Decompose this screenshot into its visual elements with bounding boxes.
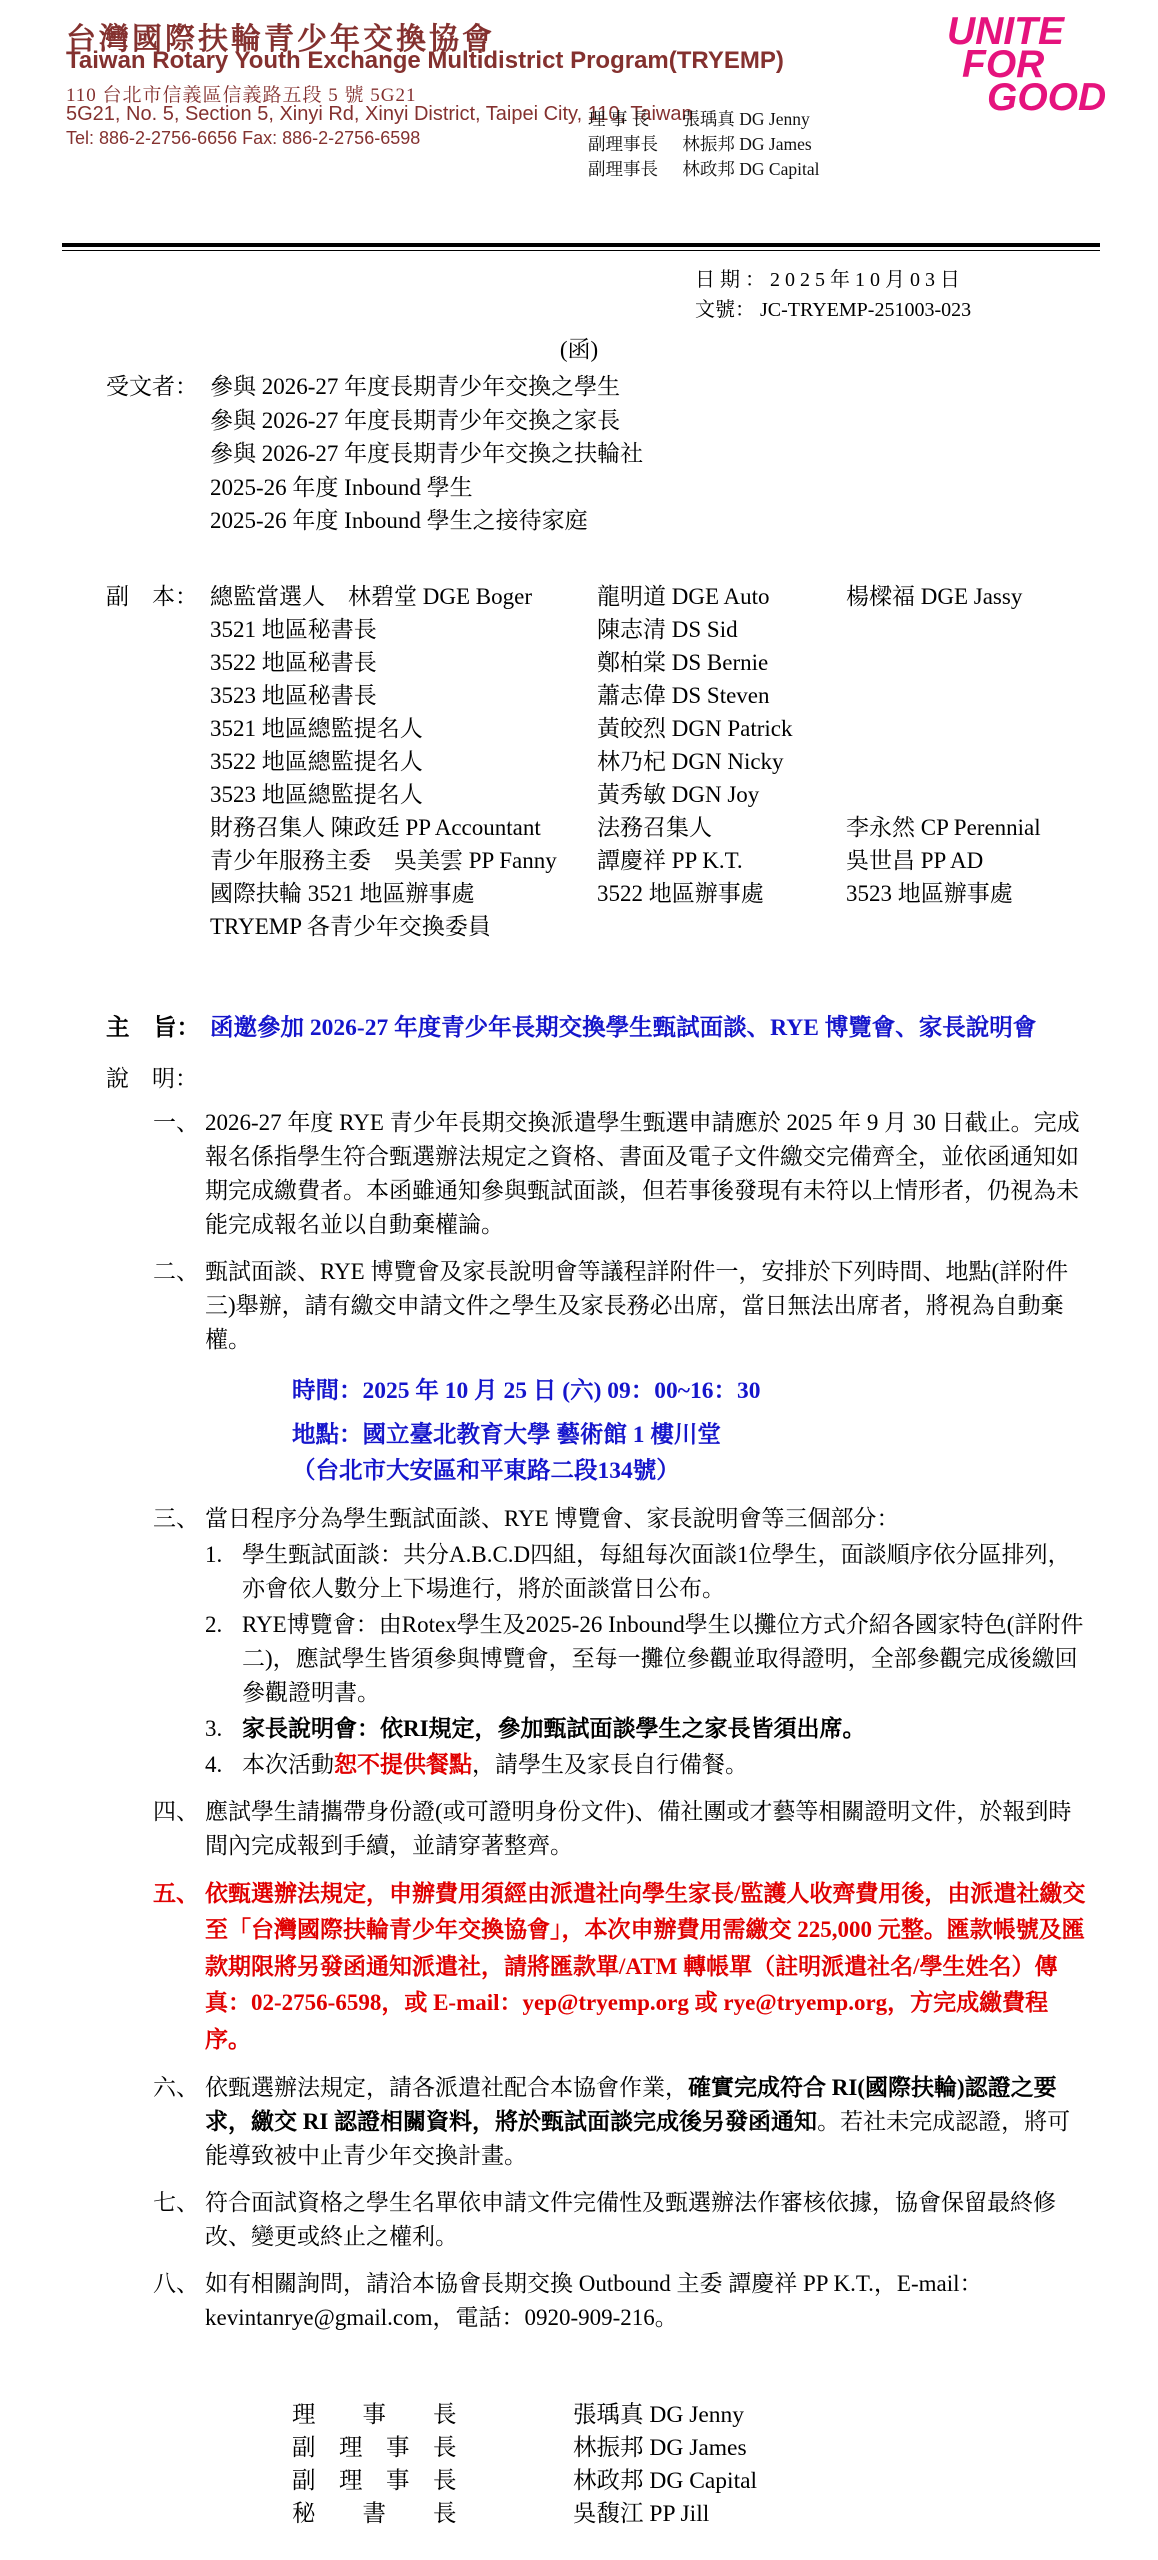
- cc-label: 副 本：: [106, 580, 210, 943]
- explanation-item-8: 八、 如有相關詢問，請洽本協會長期交換 Outbound 主委 譚慶祥 PP K…: [153, 2267, 1158, 2335]
- cc-cell: 鄭柏棠 DS Bernie: [597, 646, 846, 679]
- sub-item-3: 3. 家長說明會：依RI規定，參加甄試面談學生之家長皆須出席。: [205, 1712, 1093, 1746]
- recipient-line: 參與 2026-27 年度長期青少年交換之扶輪社: [210, 437, 643, 471]
- sub-item-text: RYE博覽會：由Rotex學生及2025-26 Inbound學生以攤位方式介紹…: [242, 1608, 1087, 1710]
- cc-row: 總監當選人 林碧堂 DGE Boger 龍明道 DGE Auto 楊樑福 DGE…: [210, 580, 1041, 613]
- sub-item-number: 2.: [205, 1608, 242, 1710]
- cc-list: 總監當選人 林碧堂 DGE Boger 龍明道 DGE Auto 楊樑福 DGE…: [210, 580, 1041, 943]
- letter-date: 日 期 ： 2 0 2 5 年 1 0 月 0 3 日: [695, 265, 1158, 295]
- item-number: 三、: [153, 1502, 205, 1782]
- officer-row: 副理事長 林振邦 DG James: [588, 132, 819, 157]
- sub-item-1: 1. 學生甄試面談：共分A.B.C.D四組，每組每次面談1位學生，面談順序依分區…: [205, 1538, 1093, 1606]
- explanation-item-2: 二、 甄試面談、RYE 博覽會及家長說明會等議程詳附件一，安排於下列時間、地點(…: [153, 1255, 1158, 1357]
- cc-cell: 3521 地區總監提名人: [210, 712, 597, 745]
- cc-row: 3523 地區秘書長 蕭志偉 DS Steven: [210, 679, 1041, 712]
- cc-cell: 陳志清 DS Sid: [597, 613, 846, 646]
- explanation-item-5: 五、 依甄選辦法規定，申辦費用須經由派遣社向學生家長/監護人收齊費用後，由派遣社…: [153, 1876, 1158, 2059]
- cc-cell: [846, 745, 1041, 778]
- recipient-line: 2025-26 年度 Inbound 學生: [210, 471, 643, 505]
- cc-row: TRYEMP 各青少年交換委員: [210, 910, 1041, 943]
- officer-row: 副理事長 林政邦 DG Capital: [588, 157, 819, 182]
- cc-row: 3523 地區總監提名人 黃秀敏 DGN Joy: [210, 778, 1041, 811]
- cc-row: 3521 地區總監提名人 黃皎烈 DGN Patrick: [210, 712, 1041, 745]
- item-number: 六、: [153, 2071, 205, 2173]
- doc-number-value: JC-TRYEMP-251003-023: [760, 299, 971, 321]
- explanation-item-3: 三、 當日程序分為學生甄試面談、RYE 博覽會、家長說明會等三個部分： 1. 學…: [153, 1502, 1158, 1782]
- cc-cell: 李永然 CP Perennial: [846, 811, 1041, 844]
- sub-item-text: 學生甄試面談：共分A.B.C.D四組，每組每次面談1位學生，面談順序依分區排列，…: [242, 1538, 1087, 1606]
- sub-item-2: 2. RYE博覽會：由Rotex學生及2025-26 Inbound學生以攤位方…: [205, 1608, 1093, 1710]
- signature-name: 林振邦 DG James: [573, 2432, 747, 2465]
- officer-name: 林政邦 DG Capital: [682, 157, 819, 182]
- cc-cell: [846, 778, 1041, 811]
- event-place: 地點：國立臺北教育大學 藝術館 1 樓川堂: [292, 1417, 1158, 1453]
- signature-title: 副 理 事 長: [292, 2465, 470, 2498]
- signature-name: 吳馥江 PP Jill: [573, 2498, 709, 2531]
- org-title-en: Taiwan Rotary Youth Exchange Multidistri…: [66, 47, 784, 75]
- sub-item-number: 1.: [205, 1538, 242, 1606]
- cc-row: 3522 地區總監提名人 林乃杞 DGN Nicky: [210, 745, 1041, 778]
- explanation-item-4: 四、 應試學生請攜帶身份證(或可證明身份文件)、備社團或才藝等相關證明文件，於報…: [153, 1795, 1158, 1863]
- explanation-item-1: 一、 2026-27 年度 RYE 青少年長期交換派遣學生甄選申請應於 2025…: [153, 1106, 1158, 1242]
- cc-cell: 3521 地區秘書長: [210, 613, 597, 646]
- event-time: 時間：2025 年 10 月 25 日 (六) 09：00~16：30: [292, 1373, 1158, 1409]
- cc-cell: 3523 地區秘書長: [210, 679, 597, 712]
- cc-cell: 楊樑福 DGE Jassy: [846, 580, 1041, 613]
- item-number: 一、: [153, 1106, 205, 1242]
- cc-cell: 3523 地區總監提名人: [210, 778, 597, 811]
- header-officers: 理 事 長 張瑀真 DG Jenny 副理事長 林振邦 DG James 副理事…: [588, 107, 819, 182]
- cc-cell: TRYEMP 各青少年交換委員: [210, 910, 597, 943]
- subject-label: 主 旨：: [106, 1009, 210, 1048]
- officer-name: 張瑀真 DG Jenny: [682, 107, 809, 132]
- item-text: 2026-27 年度 RYE 青少年長期交換派遣學生甄選申請應於 2025 年 …: [205, 1106, 1093, 1242]
- cc-cell: [846, 679, 1041, 712]
- item-text: 依甄選辦法規定，申辦費用須經由派遣社向學生家長/監護人收齊費用後，由派遣社繳交至…: [205, 1876, 1093, 2059]
- letterhead-divider: [62, 243, 1100, 251]
- cc-cell: 3523 地區辦事處: [846, 877, 1041, 910]
- cc-cell: 財務召集人 陳政廷 PP Accountant: [210, 811, 597, 844]
- cc-cell: [846, 646, 1041, 679]
- recipient-line: 參與 2026-27 年度長期青少年交換之家長: [210, 404, 643, 438]
- item-3-intro: 當日程序分為學生甄試面談、RYE 博覽會、家長說明會等三個部分：: [205, 1502, 1093, 1536]
- cc-row: 財務召集人 陳政廷 PP Accountant 法務召集人 李永然 CP Per…: [210, 811, 1041, 844]
- item-text: 應試學生請攜帶身份證(或可證明身份文件)、備社團或才藝等相關證明文件，於報到時間…: [205, 1795, 1093, 1863]
- item-text: 依甄選辦法規定，請各派遣社配合本協會作業，確實完成符合 RI(國際扶輪)認證之要…: [205, 2071, 1093, 2173]
- recipients-list: 參與 2026-27 年度長期青少年交換之學生 參與 2026-27 年度長期青…: [210, 370, 643, 538]
- signature-title: 副 理 事 長: [292, 2432, 470, 2465]
- recipients-label: 受文者：: [106, 370, 210, 538]
- signature-title: 秘 書 長: [292, 2498, 470, 2531]
- sub-item-number: 4.: [205, 1748, 242, 1782]
- cc-cell: 國際扶輪 3521 地區辦事處: [210, 877, 597, 910]
- cc-row: 3521 地區秘書長 陳志清 DS Sid: [210, 613, 1041, 646]
- cc-cell: 龍明道 DGE Auto: [597, 580, 846, 613]
- org-tel-fax: Tel: 886-2-2756-6656 Fax: 886-2-2756-659…: [66, 128, 420, 149]
- item-number: 二、: [153, 1255, 205, 1357]
- cc-cell: 總監當選人 林碧堂 DGE Boger: [210, 580, 597, 613]
- cc-cell: 青少年服務主委 吳美雲 PP Fanny: [210, 844, 597, 877]
- sub-item-text: 家長說明會：依RI規定，參加甄試面談學生之家長皆須出席。: [242, 1712, 1087, 1746]
- officer-row: 理 事 長 張瑀真 DG Jenny: [588, 107, 819, 132]
- cc-cell: 3522 地區秘書長: [210, 646, 597, 679]
- officer-title: 副理事長: [588, 132, 678, 157]
- recipients-block: 受文者： 參與 2026-27 年度長期青少年交換之學生 參與 2026-27 …: [106, 370, 1158, 538]
- signature-row: 副 理 事 長 林振邦 DG James: [292, 2432, 1158, 2465]
- doc-number: 文號： JC-TRYEMP-251003-023: [695, 295, 1158, 325]
- cc-cell: [846, 910, 1041, 943]
- cc-row: 青少年服務主委 吳美雲 PP Fanny 譚慶祥 PP K.T. 吳世昌 PP …: [210, 844, 1041, 877]
- letter-page: 台灣國際扶輪青少年交換協會 Taiwan Rotary Youth Exchan…: [0, 0, 1158, 2560]
- unite-for-good-logo: UNITE FOR GOOD: [947, 15, 1106, 114]
- subject-text: 函邀參加 2026-27 年度青少年長期交換學生甄試面談、RYE 博覽會、家長說…: [210, 1009, 1137, 1048]
- letter-type: (函): [0, 331, 1158, 364]
- signature-name: 林政邦 DG Capital: [573, 2465, 757, 2498]
- event-info-block: 時間：2025 年 10 月 25 日 (六) 09：00~16：30 地點：國…: [292, 1373, 1158, 1489]
- cc-cell: 黃秀敏 DGN Joy: [597, 778, 846, 811]
- cc-cell: 吳世昌 PP AD: [846, 844, 1041, 877]
- cc-cell: [846, 712, 1041, 745]
- explanation-item-7: 七、 符合面試資格之學生名單依申請文件完備性及甄選辦法作審核依據，協會保留最終修…: [153, 2186, 1158, 2254]
- cc-cell: 法務召集人: [597, 811, 846, 844]
- item-number: 八、: [153, 2267, 205, 2335]
- officer-title: 理 事 長: [588, 107, 678, 132]
- item-number: 七、: [153, 2186, 205, 2254]
- item-text: 甄試面談、RYE 博覽會及家長說明會等議程詳附件一，安排於下列時間、地點(詳附件…: [205, 1255, 1093, 1357]
- date-label: 日 期 ：: [695, 269, 765, 291]
- recipient-line: 參與 2026-27 年度長期青少年交換之學生: [210, 370, 643, 404]
- signature-title: 理 事 長: [292, 2399, 470, 2432]
- sub-item-text: 本次活動恕不提供餐點，請學生及家長自行備餐。: [242, 1748, 1087, 1782]
- cc-cell: 譚慶祥 PP K.T.: [597, 844, 846, 877]
- item-number: 五、: [153, 1876, 205, 2059]
- date-value: 2 0 2 5 年 1 0 月 0 3 日: [770, 269, 960, 291]
- cc-cell: 蕭志偉 DS Steven: [597, 679, 846, 712]
- cc-block: 副 本： 總監當選人 林碧堂 DGE Boger 龍明道 DGE Auto 楊樑…: [106, 580, 1158, 943]
- sub-item-4: 4. 本次活動恕不提供餐點，請學生及家長自行備餐。: [205, 1748, 1093, 1782]
- sub-item-number: 3.: [205, 1712, 242, 1746]
- letter-meta: 日 期 ： 2 0 2 5 年 1 0 月 0 3 日 文號： JC-TRYEM…: [695, 265, 1158, 325]
- explanation-label: 說 明：: [106, 1060, 1158, 1093]
- event-address: （台北市大安區和平東路二段134號）: [292, 1453, 1158, 1489]
- explanation-item-6: 六、 依甄選辦法規定，請各派遣社配合本協會作業，確實完成符合 RI(國際扶輪)認…: [153, 2071, 1158, 2173]
- cc-cell: 林乃杞 DGN Nicky: [597, 745, 846, 778]
- doc-number-label: 文號：: [695, 299, 755, 321]
- cc-cell: [846, 613, 1041, 646]
- logo-line-good: GOOD: [987, 81, 1106, 114]
- signature-block: 理 事 長 張瑀真 DG Jenny 副 理 事 長 林振邦 DG James …: [292, 2399, 1158, 2531]
- cc-cell: 3522 地區總監提名人: [210, 745, 597, 778]
- officer-name: 林振邦 DG James: [682, 132, 811, 157]
- cc-row: 3522 地區秘書長 鄭柏棠 DS Bernie: [210, 646, 1041, 679]
- officer-title: 副理事長: [588, 157, 678, 182]
- signature-name: 張瑀真 DG Jenny: [573, 2399, 744, 2432]
- cc-cell: [597, 910, 846, 943]
- item-number: 四、: [153, 1795, 205, 1863]
- item-text: 當日程序分為學生甄試面談、RYE 博覽會、家長說明會等三個部分： 1. 學生甄試…: [205, 1502, 1093, 1782]
- signature-row: 理 事 長 張瑀真 DG Jenny: [292, 2399, 1158, 2432]
- item-text: 如有相關詢問，請洽本協會長期交換 Outbound 主委 譚慶祥 PP K.T.…: [205, 2267, 1093, 2335]
- signature-row: 副 理 事 長 林政邦 DG Capital: [292, 2465, 1158, 2498]
- item-text: 符合面試資格之學生名單依申請文件完備性及甄選辦法作審核依據，協會保留最終修改、變…: [205, 2186, 1093, 2254]
- subject-block: 主 旨： 函邀參加 2026-27 年度青少年長期交換學生甄試面談、RYE 博覽…: [106, 1009, 1158, 1048]
- cc-row: 國際扶輪 3521 地區辦事處 3522 地區辦事處 3523 地區辦事處: [210, 877, 1041, 910]
- cc-cell: 黃皎烈 DGN Patrick: [597, 712, 846, 745]
- recipient-line: 2025-26 年度 Inbound 學生之接待家庭: [210, 504, 643, 538]
- cc-cell: 3522 地區辦事處: [597, 877, 846, 910]
- signature-row: 秘 書 長 吳馥江 PP Jill: [292, 2498, 1158, 2531]
